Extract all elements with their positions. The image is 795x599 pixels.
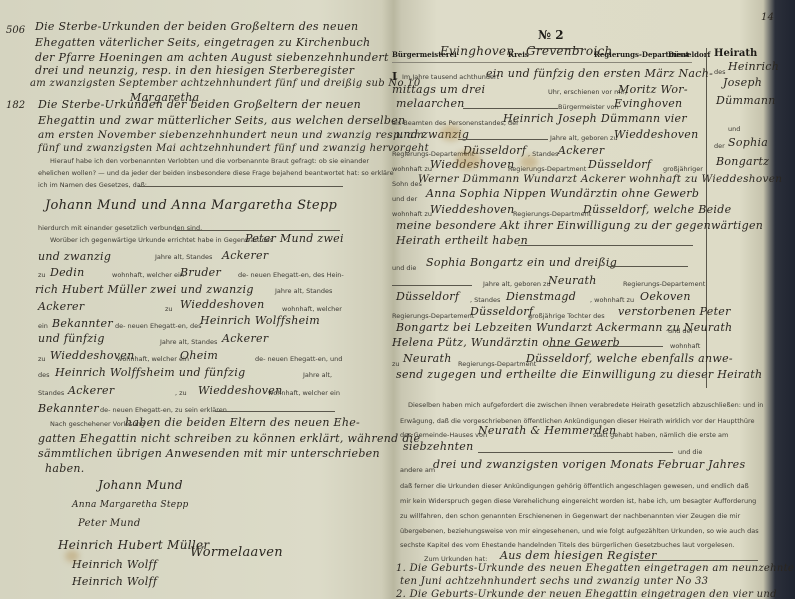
- witness-value: rich Hubert Müller zwei und zwanzig: [35, 283, 254, 296]
- entry-line: fünf und zwanzigsten Mai achtzehnhundert…: [38, 143, 429, 154]
- record-number: № 2: [538, 28, 564, 42]
- rule: [638, 560, 758, 561]
- body-value: Dienstmagd: [506, 290, 576, 303]
- witness-label: wohnhaft, welcher ein: [112, 271, 184, 279]
- margin-bride: Sophia: [728, 136, 768, 149]
- drop-cap: I: [392, 70, 397, 83]
- witness-value: Ackerer: [68, 384, 114, 397]
- body-value: Wieddeshoven: [614, 128, 699, 141]
- witness-label: zu: [165, 305, 173, 313]
- body-value: Düsseldorf: [396, 290, 459, 303]
- closing-line: gatten Ehegattin nicht schreiben zu könn…: [38, 432, 420, 445]
- para3-line: zu willfahren, den schon genannten Ersch…: [400, 512, 740, 520]
- printed-question: Hierauf habe ich den vorbenannten Verlob…: [50, 157, 369, 165]
- body-value: Düsseldorf, welche ebenfalls anwe-: [526, 352, 733, 365]
- entry-line: der Pfarre Hoeningen am achten August si…: [35, 51, 389, 64]
- entry-line: am zwanzigsten September achtzehnhundert…: [30, 78, 421, 89]
- entry-line: Die Sterbe-Urkunden der beiden Großelter…: [35, 20, 358, 33]
- body-label: großjährige Tochter des: [528, 312, 605, 320]
- witness-label: de- neuen Ehegatt-en, des: [115, 322, 202, 330]
- body-label: Jahre alt, geboren zu: [483, 280, 551, 288]
- body-label: wohnhaft: [670, 342, 700, 350]
- document-item: ten Juni achtzehnhundert sechs und zwanz…: [400, 576, 708, 587]
- rule: [518, 245, 693, 246]
- body-label: , wohnhaft zu: [590, 296, 634, 304]
- printed-question: ich im Namen des Gesetzes, daß:: [38, 181, 147, 189]
- signature: Johann Mund: [98, 478, 183, 492]
- rule: [138, 186, 343, 187]
- body-label: wohnhaft zu: [392, 210, 432, 218]
- para2-line: andere am: [400, 466, 435, 474]
- witness-value: und zwanzig: [38, 250, 111, 263]
- rule: [478, 452, 673, 453]
- body-value: Düsseldorf: [470, 305, 533, 318]
- body-label: Regierungs-Departement: [623, 280, 705, 288]
- para3-line: mir kein Widerspruch gegen diese Verehel…: [400, 497, 756, 505]
- closing-line: haben.: [45, 462, 85, 475]
- couple-names: Johann Mund und Anna Margaretha Stepp: [45, 198, 337, 213]
- margin-prefix: der: [714, 142, 725, 150]
- body-value: Sophia Bongartz ein und dreißig: [426, 256, 617, 269]
- margin-prefix: des: [714, 68, 726, 76]
- rule: [215, 411, 335, 412]
- signature: Peter Mund: [78, 518, 141, 529]
- witness-value: Bekannter: [52, 317, 113, 330]
- rule: [458, 139, 548, 140]
- entry-line: Ehegattin und zwar mütterlicher Seits, a…: [38, 114, 405, 127]
- first-announcement: siebzehnten: [403, 440, 474, 453]
- witness-label: wohnhaft, welcher ein: [117, 355, 189, 363]
- margin-and: und: [728, 125, 740, 133]
- body-label: und der: [392, 195, 417, 203]
- body-value: ein und fünfzig den ersten März Nach-: [486, 67, 713, 80]
- witness-label: zu: [38, 355, 46, 363]
- margin-groom: Joseph: [723, 76, 762, 89]
- rule: [463, 108, 558, 109]
- para2-line: des Gemeinde-Hauses von: [400, 431, 487, 439]
- body-value: Heirath ertheilt haben: [396, 234, 528, 247]
- document-item: 1. Die Geburts-Urkunde des neuen Ehegatt…: [396, 563, 795, 574]
- body-label: Regierungs-Departement: [392, 312, 474, 320]
- witness-value: Bekannter: [38, 402, 99, 415]
- body-value: Anna Sophia Nippen Wundärztin ohne Gewer…: [426, 187, 699, 200]
- body-label: Uhr, erschienen vor mir,: [548, 88, 627, 96]
- para3-line: sechste Kapitel des vom Ehestande handel…: [400, 541, 735, 549]
- body-value: Evinghoven: [614, 97, 682, 110]
- signature: Heinrich Wolff: [72, 558, 157, 571]
- body-value: Heinrich Joseph Dümmann vier: [503, 112, 687, 125]
- body-label: Bürgermeister von: [558, 103, 619, 111]
- body-value: Helena Pütz, Wundärztin ohne Gewerb: [392, 336, 620, 349]
- printed-question: ehelichen wollen? — und da jeder der bei…: [38, 169, 394, 177]
- office-name: Evinghoven: [440, 44, 514, 58]
- witness-value: Bruder: [180, 266, 221, 279]
- paper-stain: [65, 550, 79, 562]
- body-value: Neurath: [548, 274, 597, 287]
- margin-divider: [706, 48, 707, 388]
- entry-line: Die Sterbe-Urkunden der beiden Großelter…: [38, 98, 361, 111]
- body-label: , Standes: [470, 296, 500, 304]
- second-announcement: drei und zwanzigsten vorigen Monats Febr…: [433, 458, 745, 471]
- paper-stain: [520, 155, 538, 169]
- witness-value: Heinrich Wolffsheim und fünfzig: [55, 366, 245, 379]
- witness-value: Dedin: [50, 266, 84, 279]
- body-label: und die: [392, 264, 416, 272]
- margin-number: 182: [6, 100, 25, 111]
- signature: Heinrich Wolff: [72, 575, 157, 588]
- witness-value: Ackerer: [38, 300, 84, 313]
- rule: [548, 346, 663, 347]
- margin-bride: Bongartz: [716, 155, 769, 168]
- paper-stain: [440, 125, 462, 141]
- witness-label: des: [38, 371, 50, 379]
- entry-line: drei und neunzig, resp. in den hiesigen …: [35, 64, 354, 77]
- witness-value: Oheim: [180, 349, 218, 362]
- closing-line: haben die beiden Eltern des neuen Ehe-: [125, 416, 360, 429]
- paper-stain: [455, 150, 481, 170]
- rule: [392, 62, 692, 63]
- body-value: meine besondere Akt ihrer Einwilligung z…: [396, 219, 763, 232]
- witness-label: Standes: [38, 389, 64, 397]
- body-label: Regierungs-Department: [508, 165, 586, 173]
- body-label: Im Jahre tausend achthundert: [402, 73, 499, 81]
- entry-line: am ersten November siebenzehnhundert neu…: [38, 129, 424, 141]
- body-label: Jahre alt, geboren zu: [550, 134, 618, 142]
- witness-value: Peter Mund zwei: [245, 232, 344, 245]
- body-value: Neurath: [403, 352, 452, 365]
- closing-line: sämmtlichen übrigen Anwesenden mit mir u…: [38, 447, 380, 460]
- witness-value: Wieddeshoven: [180, 298, 265, 311]
- witness-label: zu: [38, 271, 46, 279]
- body-value: Oekoven: [640, 290, 691, 303]
- body-value: Düsseldorf, welche Beide: [583, 203, 731, 216]
- entry-line: Ehegatten väterlicher Seits, eingetragen…: [35, 36, 370, 49]
- body-label: zu: [392, 360, 400, 368]
- body-value: send zugegen und ertheilte die Einwillig…: [396, 368, 762, 381]
- body-label: und der: [668, 327, 693, 335]
- signature: Heinrich Hubert Müller: [58, 538, 209, 552]
- body-value: melaarchen: [396, 97, 465, 110]
- margin-groom: Heinrich: [728, 60, 779, 73]
- body-value: Ackerer: [558, 144, 604, 157]
- open-register-book: 506 Die Sterbe-Urkunden der beiden Große…: [0, 0, 795, 599]
- rule: [608, 266, 688, 267]
- body-value: Düsseldorf: [588, 158, 651, 171]
- body-label: Regierungs-Department: [458, 360, 536, 368]
- witness-label: de- neuen Ehegatt-en, zu sein erklären.: [100, 406, 229, 414]
- body-value: mittags um drei: [392, 83, 485, 96]
- documents-label: Zum Urkunden hat:: [424, 555, 487, 563]
- page-marker: 14: [761, 12, 774, 23]
- witness-label: Jahre alt, Standes: [155, 253, 212, 261]
- witness-label: Jahre alt, Standes: [275, 287, 332, 295]
- witness-label: , zu: [175, 389, 187, 397]
- rule: [392, 285, 472, 286]
- witness-label: de- neuen Ehegatt-en, des Hein-: [238, 271, 344, 279]
- body-value: Wieddeshoven: [430, 203, 515, 216]
- registrar-signature: Wormelaaven: [190, 545, 283, 560]
- body-label: wohnhaft zu: [392, 165, 432, 173]
- margin-groom: Dümmann: [716, 94, 776, 107]
- rule: [175, 230, 340, 231]
- para2-line: und die: [678, 448, 702, 456]
- witness-label: ein: [38, 322, 48, 330]
- witness-value: und fünfzig: [38, 332, 105, 345]
- witness-intro: Worüber ich gegenwärtige Urkunde erricht…: [50, 236, 273, 244]
- body-value: verstorbenen Peter: [618, 305, 731, 318]
- para2-line: Dieselben haben mich aufgefordert die zw…: [408, 401, 763, 409]
- witness-label: wohnhaft, welcher: [282, 305, 342, 313]
- para3-line: übergebenen, beziehungsweise von mir ein…: [400, 527, 759, 535]
- margin-title: Heirath: [714, 48, 757, 59]
- body-value: Moritz Wor-: [618, 83, 688, 96]
- para3-line: daß ferner die Urkunden dieser Ankündigu…: [400, 482, 749, 490]
- witness-label: Jahre alt, Standes: [160, 338, 217, 346]
- witness-label: Jahre alt,: [303, 371, 332, 379]
- left-page: 506 Die Sterbe-Urkunden der beiden Große…: [0, 0, 372, 599]
- witness-value: Ackerer: [222, 332, 268, 345]
- margin-number: 506: [6, 25, 25, 36]
- body-label: Regierungs-Department: [513, 210, 591, 218]
- witness-label: wohnhaft, welcher ein: [268, 389, 340, 397]
- signature: Anna Margaretha Stepp: [72, 500, 189, 510]
- body-value: Werner Dümmann Wundarzt Ackerer wohnhaft…: [418, 173, 782, 185]
- witness-value: Ackerer: [222, 249, 268, 262]
- para2-line: statt gehabt haben, nämlich die erste am: [593, 431, 728, 439]
- witness-label: de- neuen Ehegatt-en, und: [255, 355, 342, 363]
- body-label: großjähriger: [663, 165, 703, 173]
- right-page: 14 № 2 Bürgermeisterei Evinghoven Kreis …: [378, 0, 770, 599]
- witness-value: Heinrich Wolffsheim: [200, 314, 320, 327]
- region-name: Düsseldorf: [668, 50, 710, 59]
- document-item: 2. Die Geburts-Urkunde der neuen Ehegatt…: [396, 589, 777, 599]
- documents-intro: Aus dem hiesigen Register: [500, 549, 657, 562]
